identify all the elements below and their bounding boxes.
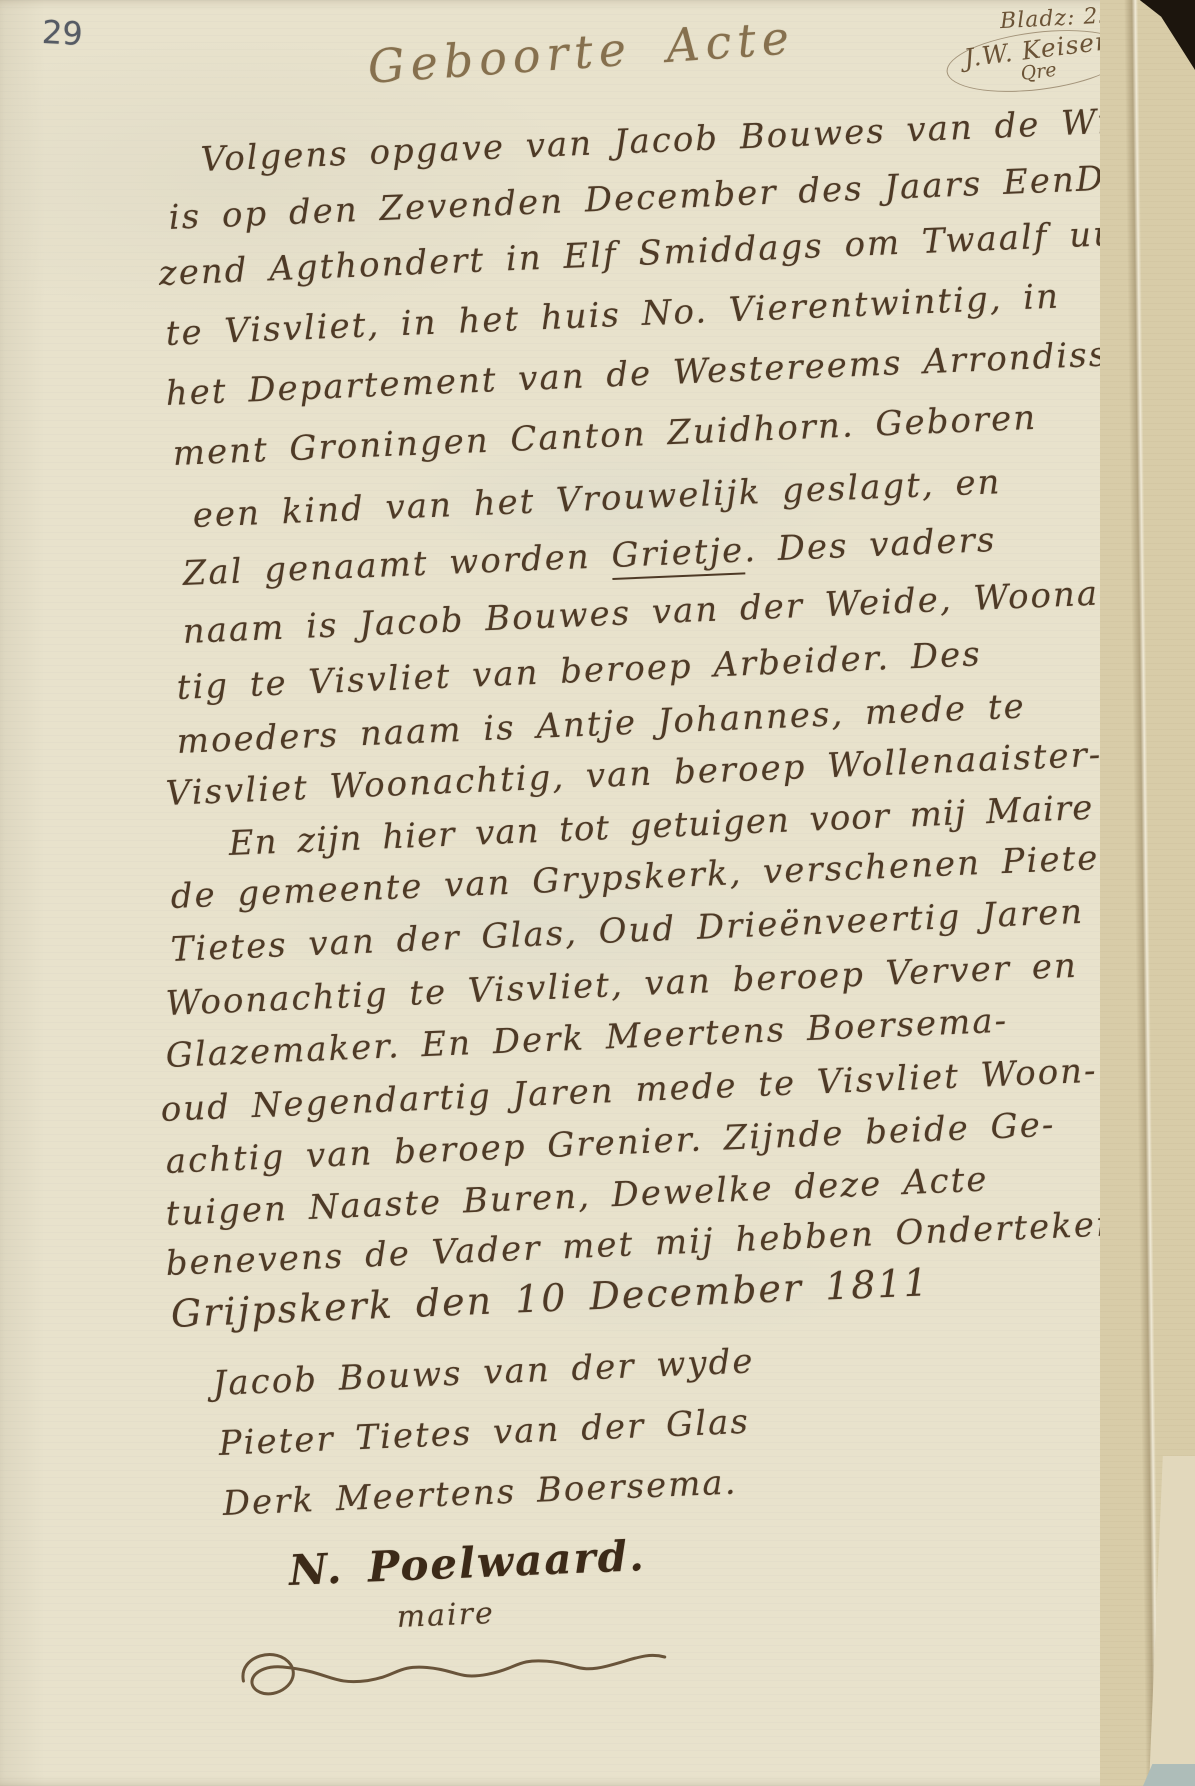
page-title: Geboorte Acte [366, 10, 797, 94]
document-page: 29 Bladz: 29. J.W. Keiser Qre Geboorte A… [0, 0, 1160, 1786]
signature-witness-1: Pieter Tietes van der Glas [218, 1402, 751, 1464]
child-name: Grietje [611, 530, 745, 580]
naming-post: . Des vaders [743, 520, 997, 571]
signature-maire: N. Poelwaard. [288, 1531, 647, 1595]
maire-flourish [233, 1621, 676, 1714]
signature-witness-2: Derk Meertens Boersema. [222, 1462, 738, 1524]
naming-pre: Zal genaamt worden [182, 536, 612, 594]
text-line: ment Groningen Canton Zuidhorn. Geboren [172, 398, 1038, 474]
signature-father: Jacob Bouws van der wyde [212, 1341, 755, 1404]
folio-number-pencil: 29 [41, 13, 84, 53]
maire-title: maire [396, 1596, 495, 1635]
